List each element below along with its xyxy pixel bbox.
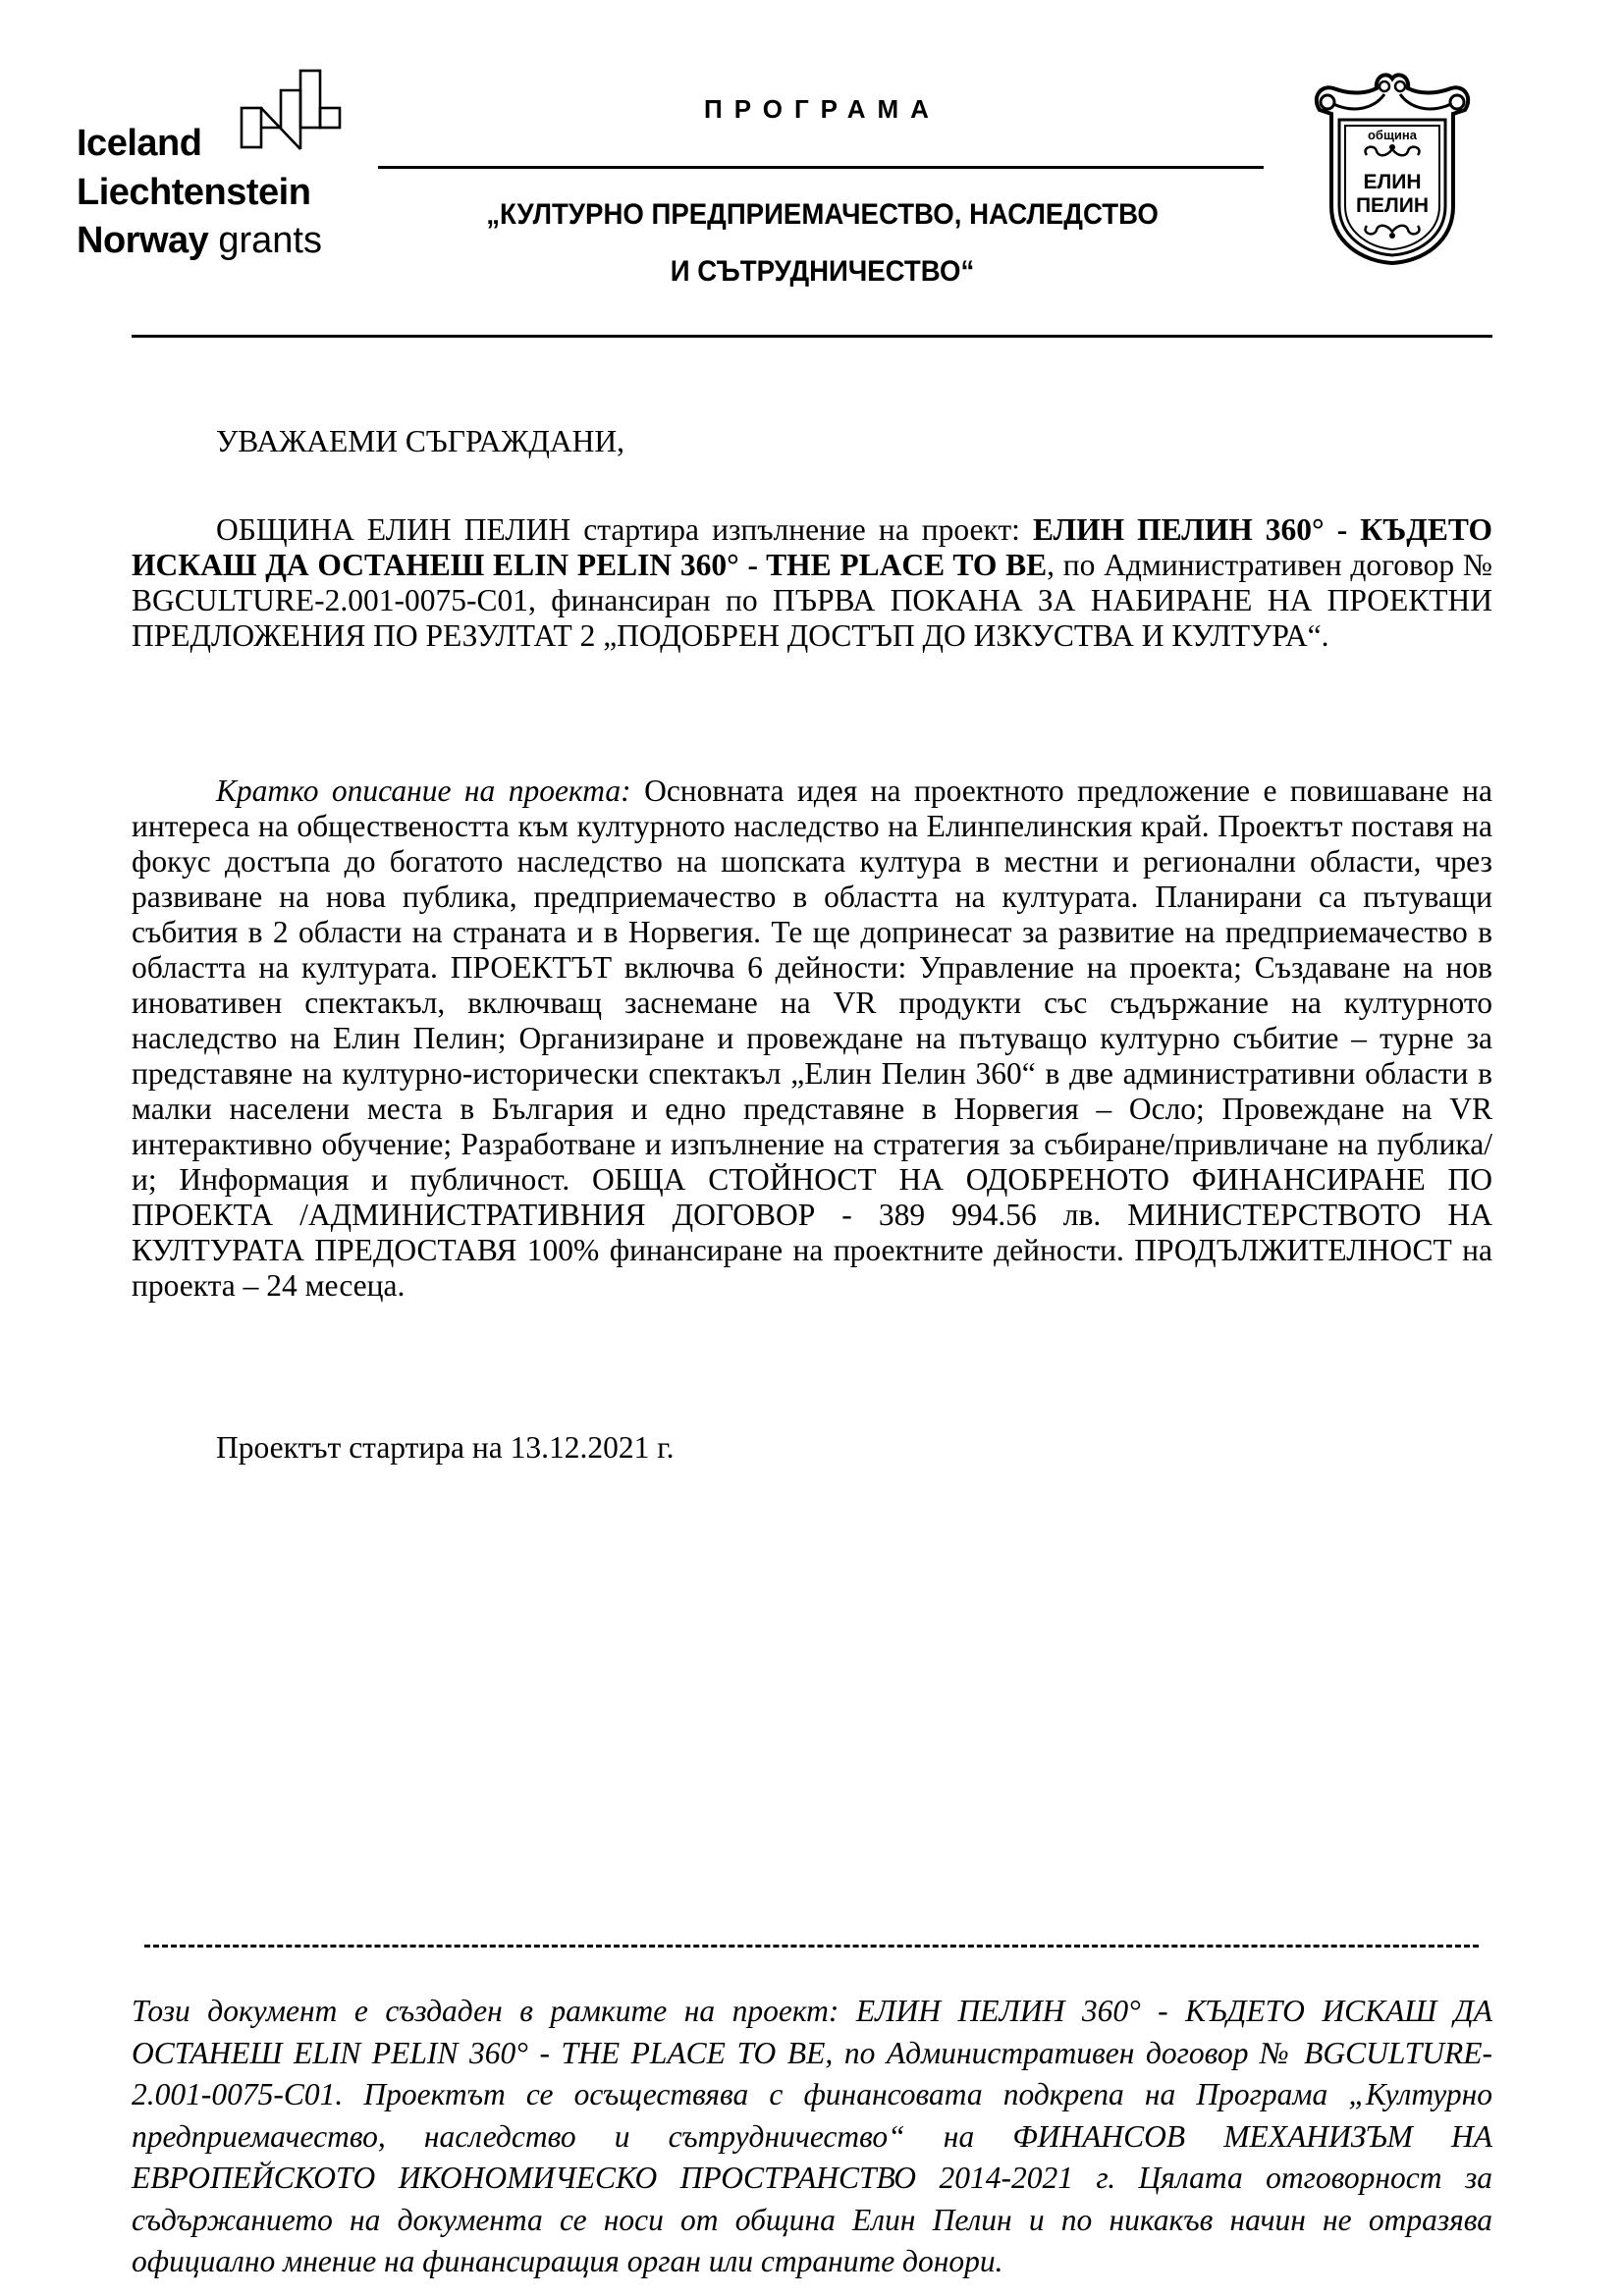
header-divider: [132, 335, 1492, 338]
greeting: УВАЖАЕМИ СЪГРАЖДАНИ,: [216, 424, 624, 459]
eea-logo-norway: Norway: [77, 220, 208, 261]
program-name: „КУЛТУРНО ПРЕДПРИЕМАЧЕСТВО, НАСЛЕДСТВО И…: [409, 187, 1236, 300]
project-description-paragraph: Кратко описание на проекта: Основната ид…: [132, 774, 1492, 1304]
project-start-date: Проектът стартира на 13.12.2021 г.: [216, 1430, 674, 1466]
footer-disclaimer: Този документ е създаден в рамките на пр…: [132, 1991, 1492, 2283]
eea-logo-norway-grants: Norway grants: [77, 220, 322, 261]
project-description-label: Кратко описание на проекта:: [216, 774, 631, 808]
municipality-logo-name-line1: ЕЛИН: [1363, 171, 1421, 193]
eea-logo-grants: grants: [218, 220, 322, 261]
program-name-line2: И СЪТРУДНИЧЕСТВО“: [409, 243, 1236, 300]
eea-logo-liechtenstein: Liechtenstein: [77, 172, 310, 213]
municipality-crest-icon: община ЕЛИН ПЕЛИН: [1306, 69, 1478, 265]
eea-grants-logo: Iceland Liechtenstein Norway grants: [77, 69, 371, 265]
program-label: ПРОГРАМА: [373, 94, 1272, 124]
program-divider: [378, 166, 1264, 169]
municipality-logo-top-text: община: [1368, 128, 1418, 142]
project-description-text: Основната идея на проектното предложение…: [132, 774, 1492, 1303]
project-intro-text: ОБЩИНА ЕЛИН ПЕЛИН стартира изпълнение на…: [216, 512, 1033, 547]
project-intro-paragraph: ОБЩИНА ЕЛИН ПЕЛИН стартира изпълнение на…: [132, 512, 1492, 654]
municipality-logo-name-line2: ПЕЛИН: [1356, 194, 1429, 217]
program-name-line1: „КУЛТУРНО ПРЕДПРИЕМАЧЕСТВО, НАСЛЕДСТВО: [409, 187, 1236, 243]
municipality-logo: община ЕЛИН ПЕЛИН: [1306, 69, 1478, 265]
eea-logo-iceland: Iceland: [77, 123, 201, 164]
footer-divider: [144, 1945, 1479, 1948]
eea-grants-building-mark-icon: [240, 69, 348, 157]
